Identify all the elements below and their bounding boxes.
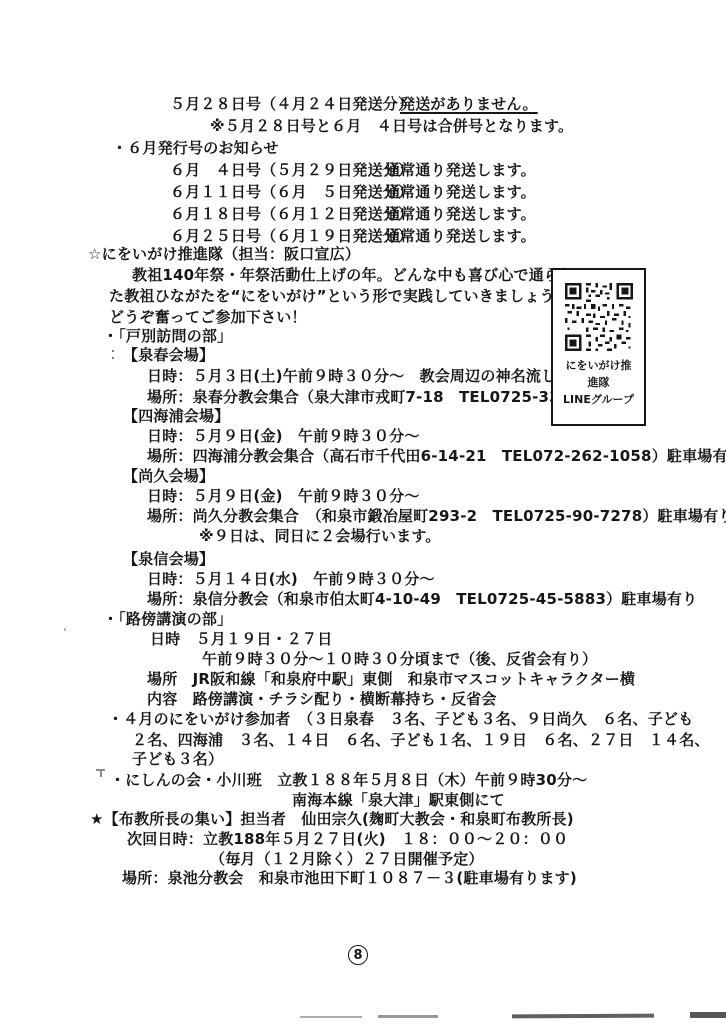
nishin-kai-line: ・にしんの会・小川班 立教１８８年５月８日（木）午前９時30分～: [110, 771, 587, 789]
june-issue-label: ６月１８日号（６月１２日発送分）: [170, 205, 385, 223]
scan-artifact-dot: [64, 628, 66, 631]
niwoigake-heading: ☆にをいがけ推進隊（担当：阪口宣広）: [88, 245, 360, 263]
door-to-door-heading: ・「戸別訪問の部」: [103, 327, 232, 345]
combined-issue-status: 発送がありません。: [400, 95, 538, 113]
scan-artifact-smudge: [512, 1014, 654, 1019]
june-issue-row: ６月１１日号（６月 ５日発送分）通常通り発送します。: [170, 183, 536, 201]
june-issue-status: 通常通り発送します。: [385, 161, 536, 179]
qr-caption-line: 進隊: [588, 374, 610, 391]
roadside-time-detail: 午前９時３０分～１０時３０分頃まで（後、反省会有り）: [202, 650, 597, 668]
qr-code-icon: [565, 283, 633, 351]
june-issue-status: 通常通り発送します。: [385, 183, 536, 201]
fukyosho-heading: ★【布教所長の集い】担当者 仙田宗久(麹町大教会・和泉町布教所長): [90, 810, 574, 828]
qr-caption-line: LINEグループ: [563, 391, 634, 408]
venue-name: 【泉春会場】: [123, 346, 214, 364]
scan-artifact-smudge: [690, 1012, 726, 1018]
venue-place: 場所：尚久分教会集合 （和泉市鍛冶屋町293-2 TEL0725-90-7278…: [147, 507, 726, 525]
scanned-newsletter-page: ５月２８日号（４月２４日発送分）発送がありません。 ※５月２８日号と６月 ４日号…: [0, 0, 726, 1024]
qr-caption-line: にをいがけ推: [566, 357, 632, 374]
roadside-heading: ・「路傍講演の部」: [103, 610, 232, 628]
roadside-content: 内容 路傍講演・チラシ配り・横断幕持ち・反省会: [147, 690, 497, 708]
april-participants-line: ・４月のにをいがけ参加者 （３日泉春 ３名、子ども３名、９日尚久 ６名、子ども: [108, 710, 693, 728]
roadside-place: 場所 JR阪和線「和泉府中駅」東側 和泉市マスコットキャラクター横: [147, 670, 635, 688]
april-participants-line: ２名、四海浦 ３名、１４日 ６名、子ども１名、１９日 ６名、２７日 １４名、: [132, 731, 710, 749]
combined-issue-note: ※５月２８日号と６月 ４日号は合併号となります。: [210, 117, 573, 135]
april-participants-line: 子ども３名）: [132, 750, 223, 768]
page-number: 8: [348, 945, 368, 965]
june-issue-label: ６月 ４日号（５月２９日発送分）: [170, 161, 385, 179]
fukyosho-next-datetime: 次回日時：立教188年５月２７日(火) １８：００～２０：００: [127, 830, 568, 848]
roadside-datetime: 日時 ５月１９日・２７日: [150, 630, 332, 648]
june-issue-row: ６月１８日号（６月１２日発送分）通常通り発送します。: [170, 205, 536, 223]
niwoigake-intro-line: どうぞ奮ってご参加下さい！: [109, 308, 307, 326]
nishin-kai-place: 南海本線「泉大津」駅東側にて: [292, 791, 505, 809]
combined-issue-line: ５月２８日号（４月２４日発送分）発送がありません。: [170, 95, 538, 113]
venue-datetime: 日時：５月９日(金) 午前９時３０分～: [147, 427, 420, 445]
june-issue-status: 通常通り発送します。: [385, 205, 536, 223]
venue-place: 場所：泉信分教会（和泉市伯太町4-10-49 TEL0725-45-5883）駐…: [147, 590, 697, 608]
fukyosho-place: 場所：泉池分教会 和泉市池田下町１０８７－３(駐車場有ります): [122, 869, 577, 887]
scan-artifact-smudge: [378, 1015, 438, 1018]
niwoigake-intro-line: 教祖140年祭・年祭活動仕上げの年。どんな中も喜び心で通られ: [132, 266, 574, 284]
venue-datetime: 日時：５月９日(金) 午前９時３０分～: [147, 487, 420, 505]
scan-artifact-smudge: [300, 1016, 362, 1018]
venue-datetime: 日時：５月１４日(水) 午前９時３０分～: [147, 570, 435, 588]
june-issue-row: ６月２５日号（６月１９日発送分）通常通り発送します。: [170, 227, 536, 245]
venue-datetime: 日時：５月３日(土)午前９時３０分～ 教会周辺の神名流し等: [147, 367, 572, 385]
fukyosho-schedule-note: （毎月（１２月除く）２７日開催予定）: [210, 850, 484, 868]
june-issue-status: 通常通り発送します。: [385, 227, 536, 245]
june-issue-label: ６月２５日号（６月１９日発送分）: [170, 227, 385, 245]
niwoigake-intro-line: た教祖ひながたを“にをいがけ”という形で実践していきましょう。: [109, 287, 570, 305]
venue-place: 場所：四海浦分教会集合（高石市千代田6-14-21 TEL072-262-105…: [147, 447, 726, 465]
scan-artifact-colon: [112, 350, 114, 352]
line-group-qr-panel: にをいがけ推 進隊 LINEグループ: [551, 268, 646, 426]
venue-place: 場所：泉春分教会集合（泉大津市戎町7-18 TEL0725-33-1512): [147, 388, 616, 406]
june-issue-label: ６月１１日号（６月 ５日発送分）: [170, 183, 385, 201]
june-issue-row: ６月 ４日号（５月２９日発送分）通常通り発送します。: [170, 161, 536, 179]
combined-issue-label: ５月２８日号（４月２４日発送分）: [170, 95, 400, 113]
venue-name: 【泉信会場】: [123, 550, 214, 568]
venue-note: ※９日は、同日に２会場行います。: [199, 527, 441, 545]
june-issues-header: ・６月発行号のお知らせ: [112, 139, 279, 157]
scan-artifact-mark: [96, 769, 105, 779]
venue-name: 【四海浦会場】: [123, 407, 229, 425]
venue-name: 【尚久会場】: [123, 467, 214, 485]
